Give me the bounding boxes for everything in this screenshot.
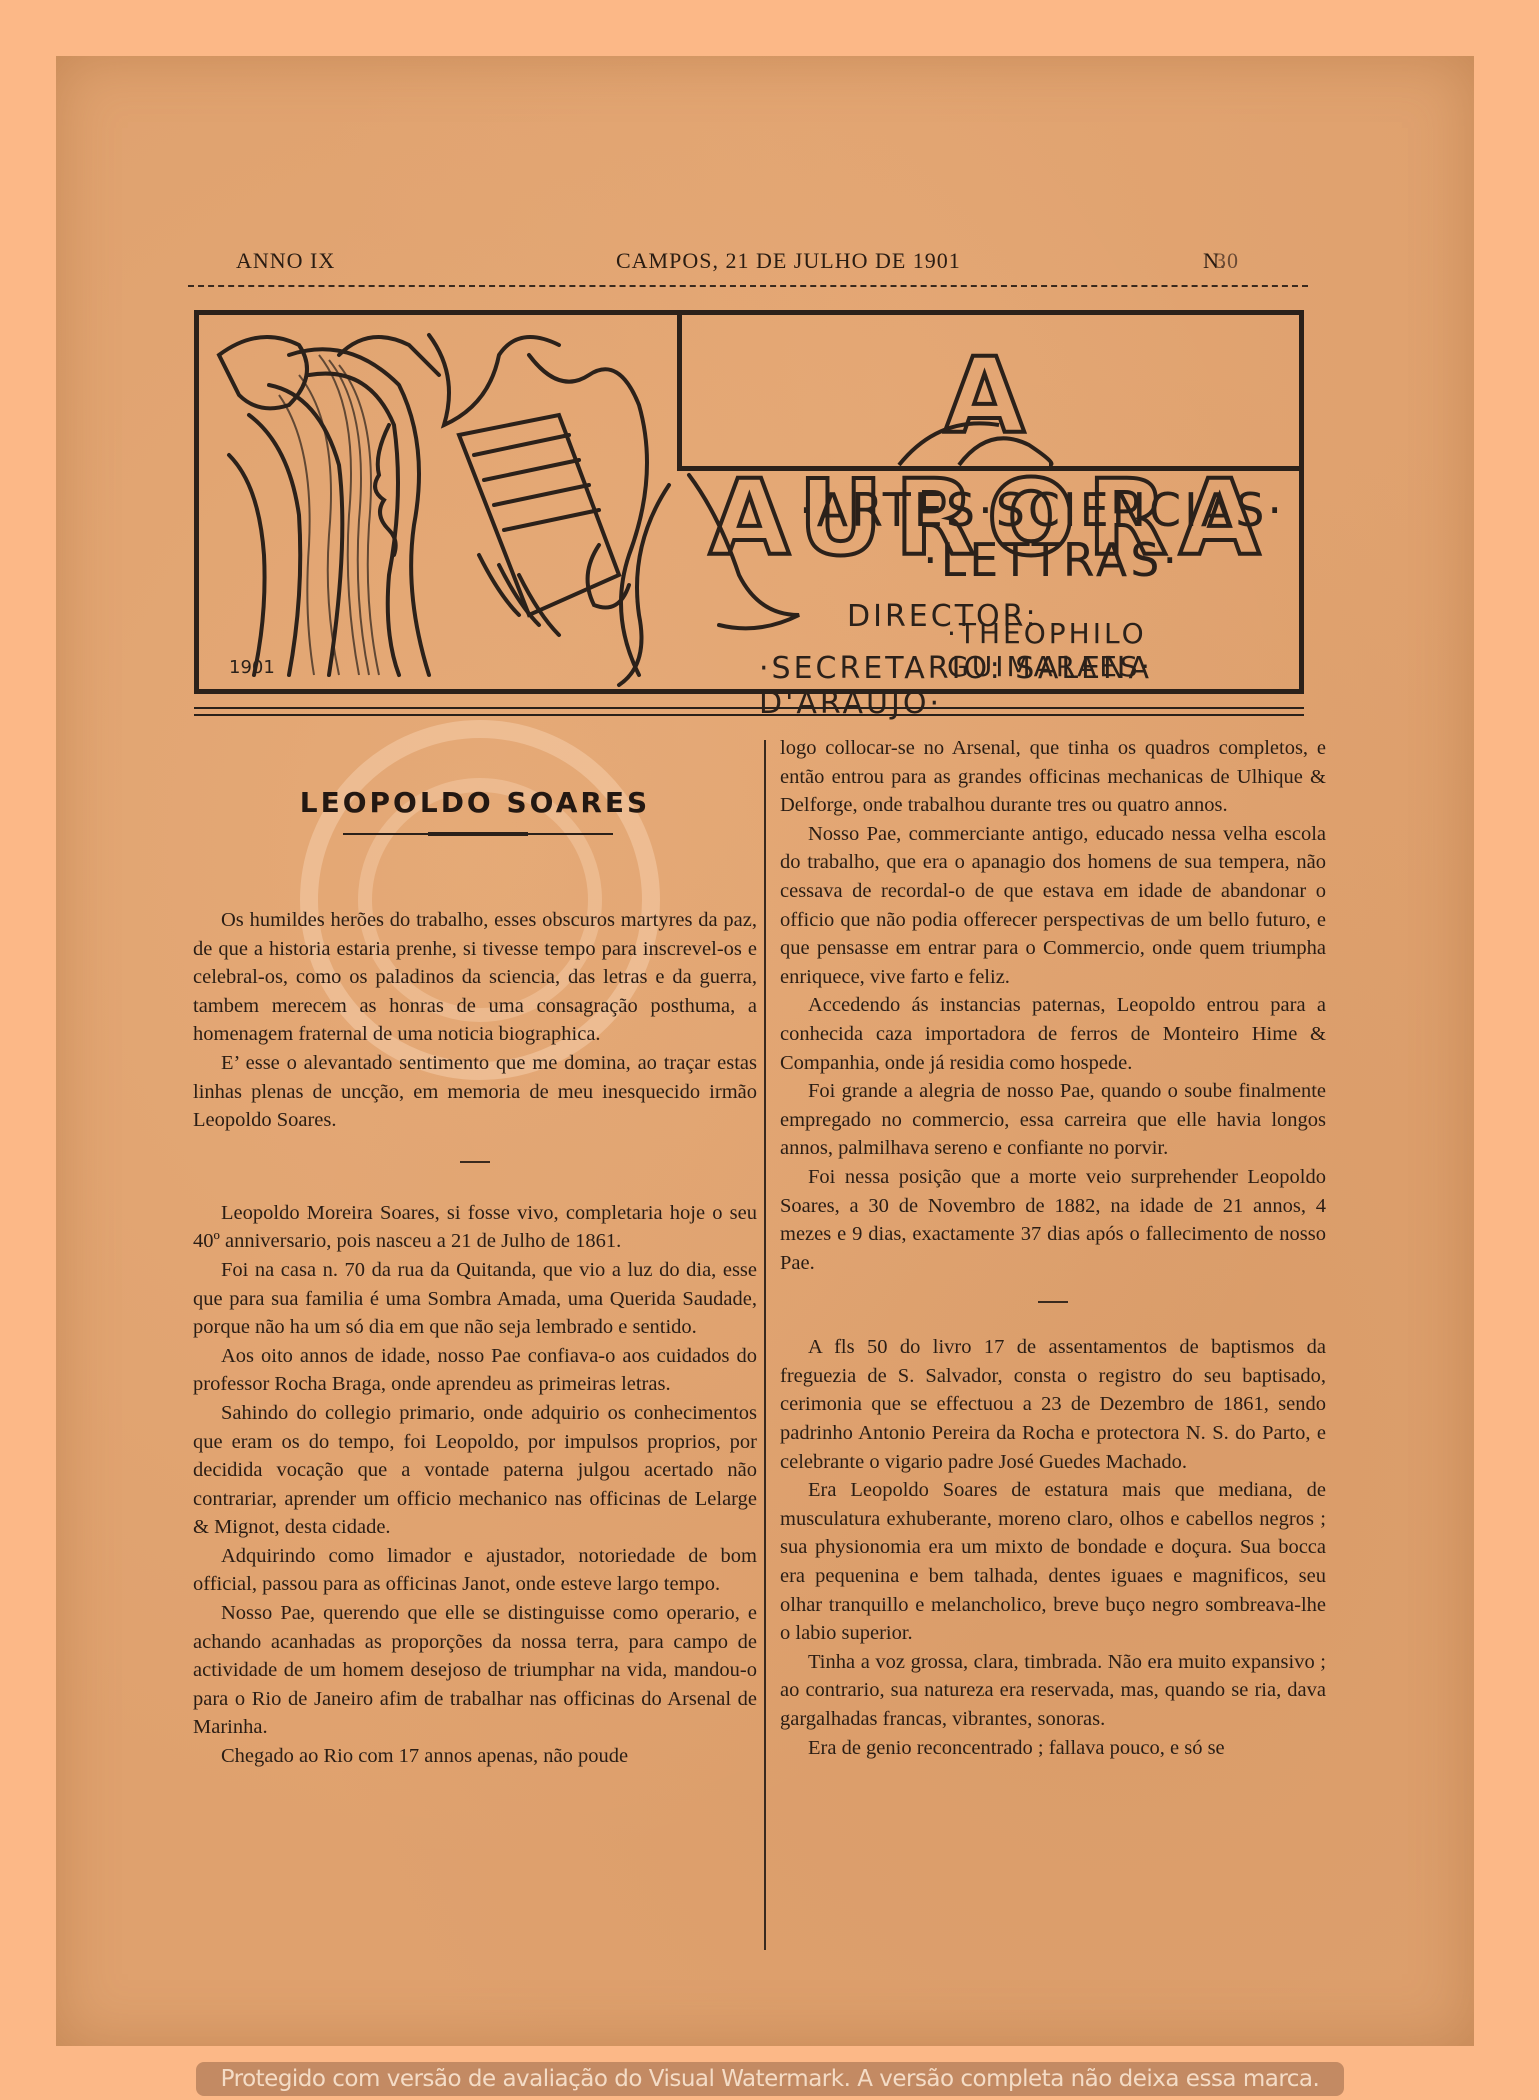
issue-header: ANNO IX CAMPOS, 21 DE JULHO DE 1901 N.30 [190, 248, 1308, 282]
paragraph: Chegado ao Rio com 17 annos apenas, não … [193, 1742, 757, 1771]
header-divider [188, 285, 1308, 287]
paragraph: logo collocar-se no Arsenal, que tinha o… [780, 734, 1326, 820]
paragraph: Sahindo do collegio primario, onde adqui… [193, 1399, 757, 1542]
masthead: 1901 A AURORA ·ARTES·SCIENCIAS· ·LETTRAS… [194, 310, 1304, 694]
svg-text:1901: 1901 [229, 657, 275, 678]
paragraph: E’ esse o alevantado sentimento que me d… [193, 1049, 757, 1135]
issue-number-value: 30 [1215, 248, 1239, 274]
masthead-divider [194, 707, 1304, 716]
masthead-subtitle-line2: ·LETTRAS· [923, 533, 1180, 587]
section-separator [1038, 1301, 1068, 1303]
paragraph: Os humildes herões do trabalho, esses ob… [193, 906, 757, 1049]
paragraph: Foi grande a alegria de nosso Pae, quand… [780, 1077, 1326, 1163]
paragraph: Leopoldo Moreira Soares, si fosse vivo, … [193, 1199, 757, 1256]
paragraph: Adquirindo como limador e ajustador, not… [193, 1542, 757, 1599]
paragraph: Accedendo ás instancias paternas, Leopol… [780, 991, 1326, 1077]
section-separator [460, 1161, 490, 1163]
column-separator [764, 740, 766, 1950]
paragraph: Foi nessa posição que a morte veio surpr… [780, 1163, 1326, 1277]
paragraph: Era Leopoldo Soares de estatura mais que… [780, 1476, 1326, 1648]
title-ornament-rule [343, 833, 613, 835]
paragraph: Tinha a voz grossa, clara, timbrada. Não… [780, 1648, 1326, 1734]
title-panel: A AURORA [677, 315, 1299, 471]
paragraph: Nosso Pae, querendo que elle se distingu… [193, 1599, 757, 1742]
volume-label: ANNO IX [236, 248, 335, 274]
paragraph: Era de genio reconcentrado ; fallava pou… [780, 1734, 1326, 1763]
article-title: LEOPOLDO SOARES [190, 786, 760, 819]
masthead-subtitle-line1: ·ARTES·SCIENCIAS· [799, 483, 1285, 537]
paragraph: Foi na casa n. 70 da rua da Quitanda, qu… [193, 1256, 757, 1342]
article-right-column: logo collocar-se no Arsenal, que tinha o… [780, 734, 1326, 1762]
paragraph: A fls 50 do livro 17 de assentamentos de… [780, 1333, 1326, 1476]
watermark-notice: Protegido com versão de avaliação do Vis… [196, 2062, 1344, 2096]
paragraph: Aos oito annos de idade, nosso Pae confi… [193, 1342, 757, 1399]
dateline: CAMPOS, 21 DE JULHO DE 1901 [616, 248, 961, 274]
article-left-column: Os humildes herões do trabalho, esses ob… [193, 906, 757, 1771]
paragraph: Nosso Pae, commerciante antigo, educado … [780, 820, 1326, 992]
